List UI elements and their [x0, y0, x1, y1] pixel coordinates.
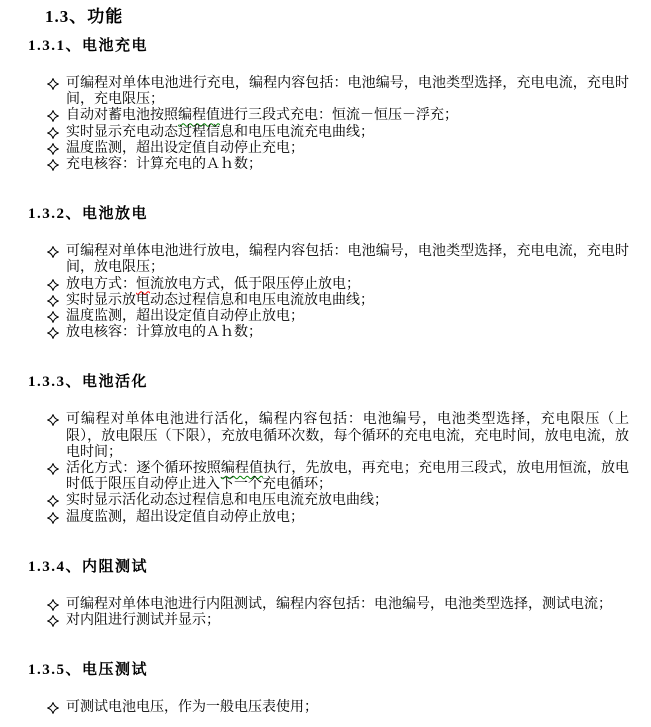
text-segment: 对内阻进行测试并显示；: [66, 613, 220, 628]
four-pointed-star-bullet-icon: [47, 143, 59, 155]
list-item: 可测试电池电压，作为一般电压表使用；: [47, 700, 629, 716]
list-item: 实时显示活化动态过程信息和电压电流充放电曲线；: [47, 493, 629, 509]
four-pointed-star-bullet-icon: [47, 512, 59, 524]
text-segment: 实时显示充电动态过程信息和电压电流充电曲线；: [66, 125, 374, 140]
text-segment: 进行三段式充电：恒流－恒压－浮充；: [220, 108, 458, 123]
list-item-text: 实时显示活化动态过程信息和电压电流充放电曲线；: [66, 493, 388, 508]
text-segment: 放电核容：计算放电的Ａｈ数；: [66, 325, 262, 340]
section-heading: 1.3.1、电池充电: [28, 37, 651, 55]
text-segment: 流放电方式，低于限压停止放电；: [150, 277, 360, 292]
list-item: 活化方式：逐个循环按照编程值执行，先放电，再充电；充电用三段式，放电用恒流，放电…: [47, 461, 629, 493]
text-segment: 可测试电池电压，作为一般电压表使用；: [66, 700, 318, 715]
section-4: 1.3.4、内阻测试可编程对单体电池进行内阻测试，编程内容包括：电池编号，电池类…: [0, 558, 651, 629]
four-pointed-star-bullet-icon: [47, 279, 59, 291]
list-item-text: 可测试电池电压，作为一般电压表使用；: [66, 700, 318, 715]
bullet-list: 可编程对单体电池进行活化，编程内容包括：电池编号，电池类型选择，充电限压（上限）…: [0, 412, 651, 525]
four-pointed-star-bullet-icon: [47, 463, 59, 475]
text-segment: 温度监测，超出设定值自动停止放电；: [66, 309, 304, 324]
four-pointed-star-bullet-icon: [47, 127, 59, 139]
section-5: 1.3.5、电压测试可测试电池电压，作为一般电压表使用；: [0, 661, 651, 716]
list-item: 实时显示放电动态过程信息和电压电流放电曲线；: [47, 293, 629, 309]
list-item: 充电核容：计算充电的Ａｈ数；: [47, 157, 629, 173]
text-segment: 自动对蓄电池按照: [66, 108, 178, 123]
four-pointed-star-bullet-icon: [47, 414, 59, 426]
spellcheck-red-marked-text: 恒: [136, 277, 150, 292]
bullet-list: 可编程对单体电池进行充电，编程内容包括：电池编号，电池类型选择，充电电流，充电时…: [0, 76, 651, 173]
four-pointed-star-bullet-icon: [47, 246, 59, 258]
four-pointed-star-bullet-icon: [47, 78, 59, 90]
section-heading: 1.3.5、电压测试: [28, 661, 651, 679]
list-item-text: 活化方式：逐个循环按照编程值执行，先放电，再充电；充电用三段式，放电用恒流，放电…: [66, 461, 629, 492]
four-pointed-star-bullet-icon: [47, 295, 59, 307]
spellcheck-green-marked-text: 编程值: [178, 108, 220, 123]
list-item: 对内阻进行测试并显示；: [47, 613, 629, 629]
document-body: 1.3.1、电池充电可编程对单体电池进行充电，编程内容包括：电池编号，电池类型选…: [0, 37, 651, 716]
bullet-list: 可编程对单体电池进行内阻测试，编程内容包括：电池编号，电池类型选择，测试电流；对…: [0, 597, 651, 629]
list-item: 温度监测，超出设定值自动停止放电；: [47, 309, 629, 325]
list-item: 放电核容：计算放电的Ａｈ数；: [47, 325, 629, 341]
four-pointed-star-bullet-icon: [47, 495, 59, 507]
list-item-text: 充电核容：计算充电的Ａｈ数；: [66, 157, 262, 172]
list-item: 可编程对单体电池进行放电，编程内容包括：电池编号，电池类型选择，充电电流，充电时…: [47, 244, 629, 276]
text-segment: 可编程对单体电池进行内阻测试，编程内容包括：电池编号，电池类型选择，测试电流；: [66, 597, 612, 612]
four-pointed-star-bullet-icon: [47, 327, 59, 339]
text-segment: 充电核容：计算充电的Ａｈ数；: [66, 157, 262, 172]
text-segment: 活化方式：逐个循环按照: [66, 461, 221, 476]
list-item-text: 可编程对单体电池进行充电，编程内容包括：电池编号，电池类型选择，充电电流，充电时…: [66, 76, 629, 107]
list-item: 可编程对单体电池进行内阻测试，编程内容包括：电池编号，电池类型选择，测试电流；: [47, 597, 629, 613]
page-title: 1.3、功能: [45, 7, 651, 27]
section-3: 1.3.3、电池活化可编程对单体电池进行活化，编程内容包括：电池编号，电池类型选…: [0, 373, 651, 525]
four-pointed-star-bullet-icon: [47, 615, 59, 627]
four-pointed-star-bullet-icon: [47, 110, 59, 122]
four-pointed-star-bullet-icon: [47, 159, 59, 171]
section-1: 1.3.1、电池充电可编程对单体电池进行充电，编程内容包括：电池编号，电池类型选…: [0, 37, 651, 173]
bullet-list: 可编程对单体电池进行放电，编程内容包括：电池编号，电池类型选择，充电电流，充电时…: [0, 244, 651, 341]
section-heading: 1.3.4、内阻测试: [28, 558, 651, 576]
list-item-text: 实时显示放电动态过程信息和电压电流放电曲线；: [66, 293, 374, 308]
list-item: 实时显示充电动态过程信息和电压电流充电曲线；: [47, 125, 629, 141]
list-item-text: 放电方式：恒流放电方式，低于限压停止放电；: [66, 277, 360, 292]
text-segment: 实时显示放电动态过程信息和电压电流放电曲线；: [66, 293, 374, 308]
list-item-text: 温度监测，超出设定值自动停止放电；: [66, 309, 304, 324]
four-pointed-star-bullet-icon: [47, 311, 59, 323]
text-segment: 实时显示活化动态过程信息和电压电流充放电曲线；: [66, 493, 388, 508]
list-item-text: 实时显示充电动态过程信息和电压电流充电曲线；: [66, 125, 374, 140]
list-item-text: 温度监测，超出设定值自动停止充电；: [66, 141, 304, 156]
spellcheck-green-marked-text: 编程值: [221, 461, 263, 476]
list-item: 温度监测，超出设定值自动停止放电；: [47, 510, 629, 526]
list-item-text: 放电核容：计算放电的Ａｈ数；: [66, 325, 262, 340]
list-item-text: 对内阻进行测试并显示；: [66, 613, 220, 628]
text-segment: 放电方式：: [66, 277, 136, 292]
list-item: 自动对蓄电池按照编程值进行三段式充电：恒流－恒压－浮充；: [47, 108, 629, 124]
list-item-text: 可编程对单体电池进行放电，编程内容包括：电池编号，电池类型选择，充电电流，充电时…: [66, 244, 629, 275]
text-segment: 可编程对单体电池进行放电，编程内容包括：电池编号，电池类型选择，充电电流，充电时…: [66, 244, 629, 275]
section-heading: 1.3.3、电池活化: [28, 373, 651, 391]
bullet-list: 可测试电池电压，作为一般电压表使用；: [0, 700, 651, 716]
four-pointed-star-bullet-icon: [47, 702, 59, 714]
list-item-text: 可编程对单体电池进行活化，编程内容包括：电池编号，电池类型选择，充电限压（上限）…: [66, 412, 629, 459]
list-item-text: 温度监测，超出设定值自动停止放电；: [66, 510, 304, 525]
list-item: 可编程对单体电池进行活化，编程内容包括：电池编号，电池类型选择，充电限压（上限）…: [47, 412, 629, 461]
list-item: 温度监测，超出设定值自动停止充电；: [47, 141, 629, 157]
text-segment: 温度监测，超出设定值自动停止放电；: [66, 510, 304, 525]
section-heading: 1.3.2、电池放电: [28, 205, 651, 223]
section-2: 1.3.2、电池放电可编程对单体电池进行放电，编程内容包括：电池编号，电池类型选…: [0, 205, 651, 341]
list-item-text: 自动对蓄电池按照编程值进行三段式充电：恒流－恒压－浮充；: [66, 108, 458, 123]
list-item-text: 可编程对单体电池进行内阻测试，编程内容包括：电池编号，电池类型选择，测试电流；: [66, 597, 612, 612]
document-page: 1.3、功能 1.3.1、电池充电可编程对单体电池进行充电，编程内容包括：电池编…: [0, 0, 651, 727]
text-segment: 可编程对单体电池进行充电，编程内容包括：电池编号，电池类型选择，充电电流，充电时…: [66, 76, 629, 107]
four-pointed-star-bullet-icon: [47, 599, 59, 611]
text-segment: 温度监测，超出设定值自动停止充电；: [66, 141, 304, 156]
text-segment: 可编程对单体电池进行活化，编程内容包括：电池编号，电池类型选择，充电限压（上限）…: [66, 412, 629, 459]
list-item: 可编程对单体电池进行充电，编程内容包括：电池编号，电池类型选择，充电电流，充电时…: [47, 76, 629, 108]
list-item: 放电方式：恒流放电方式，低于限压停止放电；: [47, 277, 629, 293]
